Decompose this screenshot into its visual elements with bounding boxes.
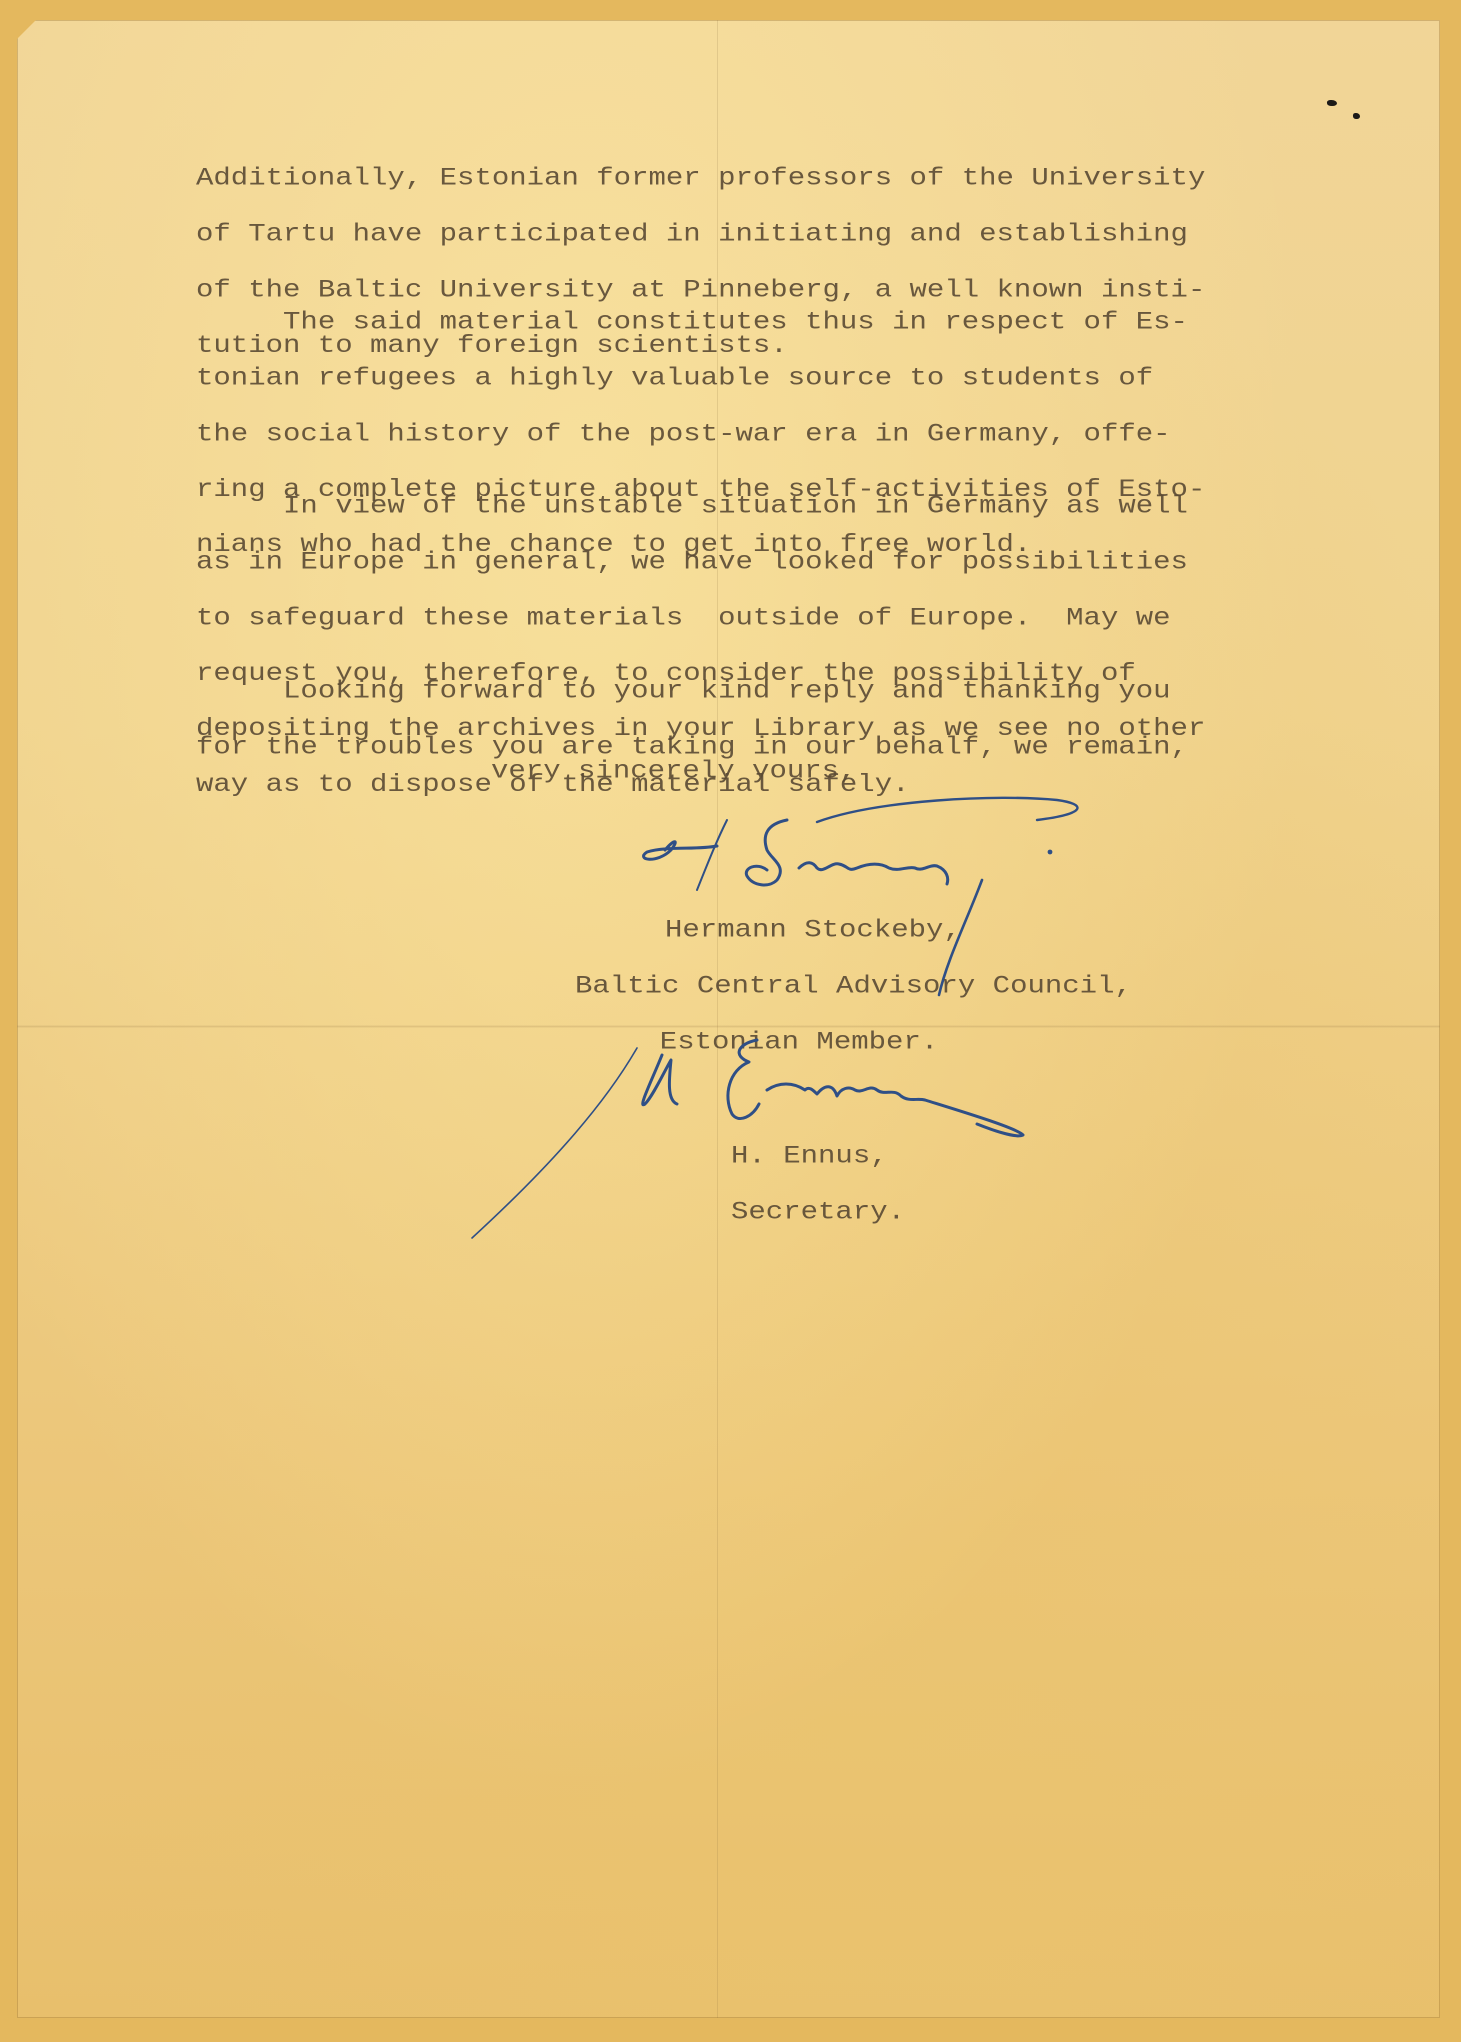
text-line: to safeguard these materials outside of … — [196, 609, 1205, 628]
signatory-2-block: H. Ennus, Secretary. — [731, 1110, 905, 1259]
closing-text: very sincerely yours, — [491, 762, 856, 781]
text-line: In view of the unstable situation in Ger… — [196, 497, 1205, 516]
text-line: of Tartu have participated in initiating… — [196, 225, 1205, 244]
text-line: the social history of the post-war era i… — [196, 425, 1205, 444]
text-line: Looking forward to your kind reply and t… — [196, 682, 1188, 701]
text-line: tonian refugees a highly valuable source… — [196, 369, 1205, 388]
signature-ennus-icon — [457, 1020, 1357, 1250]
letter-page: Additionally, Estonian former professors… — [17, 20, 1440, 2018]
punch-hole-mark — [1327, 100, 1337, 106]
signatory-name: Hermann Stockeby, — [575, 921, 1132, 940]
text-line: The said material constitutes thus in re… — [196, 313, 1205, 332]
signatory-name: H. Ennus, — [731, 1147, 905, 1166]
punch-hole-mark — [1353, 113, 1360, 119]
signatory-organization: Baltic Central Advisory Council, — [575, 977, 1132, 996]
text-line: Additionally, Estonian former professors… — [196, 169, 1205, 188]
text-line: as in Europe in general, we have looked … — [196, 553, 1205, 572]
signatory-role: Secretary. — [731, 1203, 905, 1222]
